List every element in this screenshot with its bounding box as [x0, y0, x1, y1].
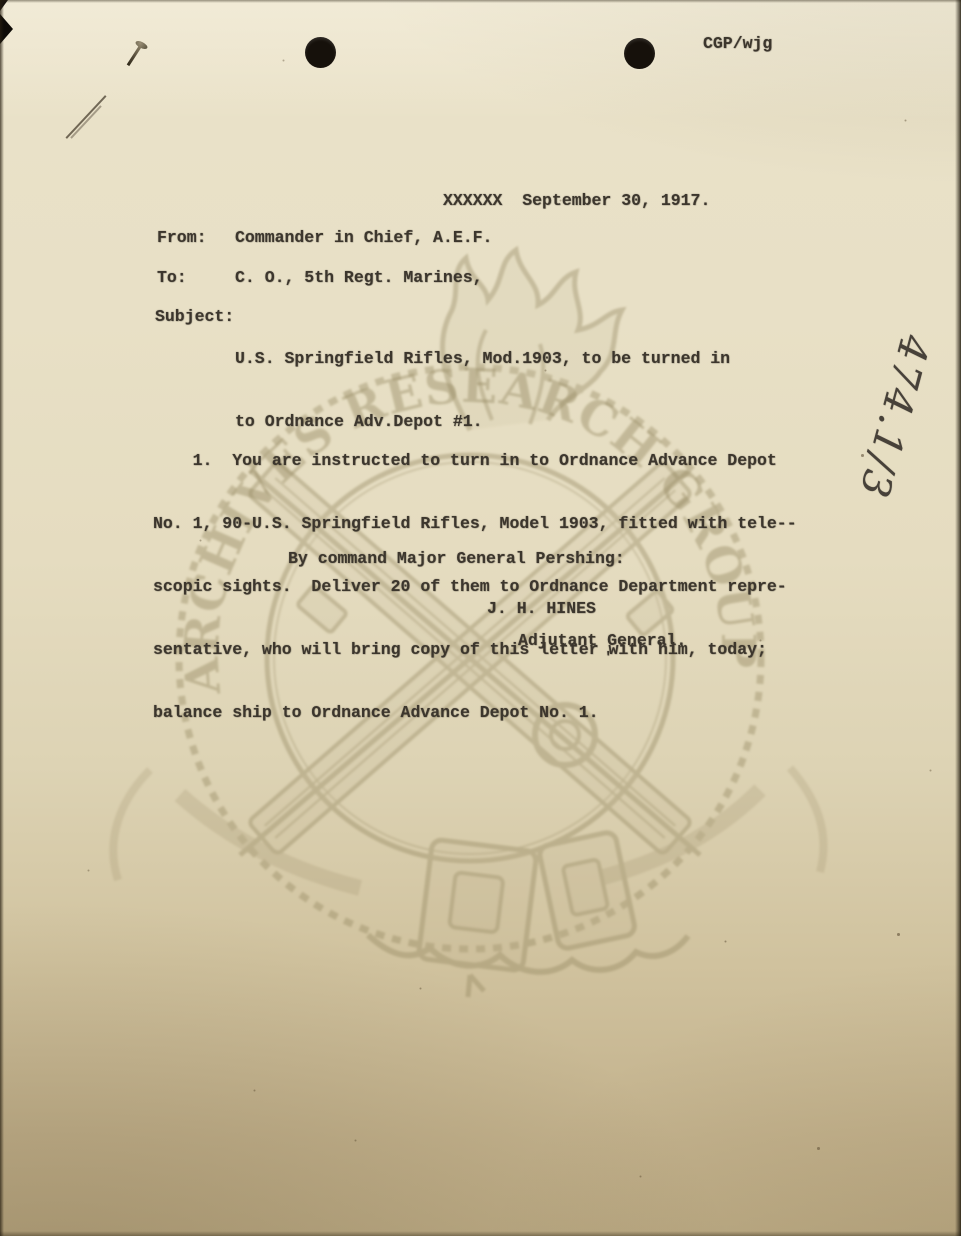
body-line: balance ship to Ordnance Advance Depot N… — [153, 702, 797, 723]
punch-hole-left — [305, 37, 336, 68]
punch-hole-right — [624, 38, 655, 69]
pencil-slash-mark — [55, 92, 119, 144]
stray-apostrophe-mark: ' — [604, 648, 612, 669]
dateline: XXXXXX September 30, 1917. — [443, 190, 710, 211]
from-label: From: — [157, 227, 207, 248]
body-paragraph: 1. You are instructed to turn in to Ordn… — [153, 408, 797, 765]
signature-title: Adjutant General. — [518, 630, 686, 651]
subject-line-1: U.S. Springfield Rifles, Mod.1903, to be… — [235, 348, 730, 369]
signature-name: J. H. HINES — [487, 598, 596, 619]
byline: By command Major General Pershing: — [288, 548, 625, 569]
subject-label: Subject: — [155, 306, 234, 327]
bottom-buckles — [418, 831, 636, 971]
body-line: scopic sights. Deliver 20 of them to Ord… — [153, 576, 797, 597]
body-line: No. 1, 90-U.S. Springfield Rifles, Model… — [153, 513, 797, 534]
to-label: To: — [157, 267, 187, 288]
pin-shaft — [127, 45, 142, 66]
page-edge-top — [0, 0, 961, 3]
page-edge-left — [0, 0, 4, 1236]
body-line: 1. You are instructed to turn in to Ordn… — [153, 450, 797, 471]
page-edge-bottom — [0, 1231, 961, 1236]
reference-code: CGP/wjg — [703, 33, 772, 54]
body-line: sentative, who will bring copy of this l… — [153, 639, 797, 660]
page-edge-right — [955, 0, 961, 1236]
pin-artifact — [126, 42, 154, 72]
to-value: C. O., 5th Regt. Marines, — [235, 267, 483, 288]
from-value: Commander in Chief, A.E.F. — [235, 227, 492, 248]
scanned-letter-page: ARCHIVES RESEARCH GROUP CGP/wjg XXXXXX S… — [0, 0, 961, 1236]
